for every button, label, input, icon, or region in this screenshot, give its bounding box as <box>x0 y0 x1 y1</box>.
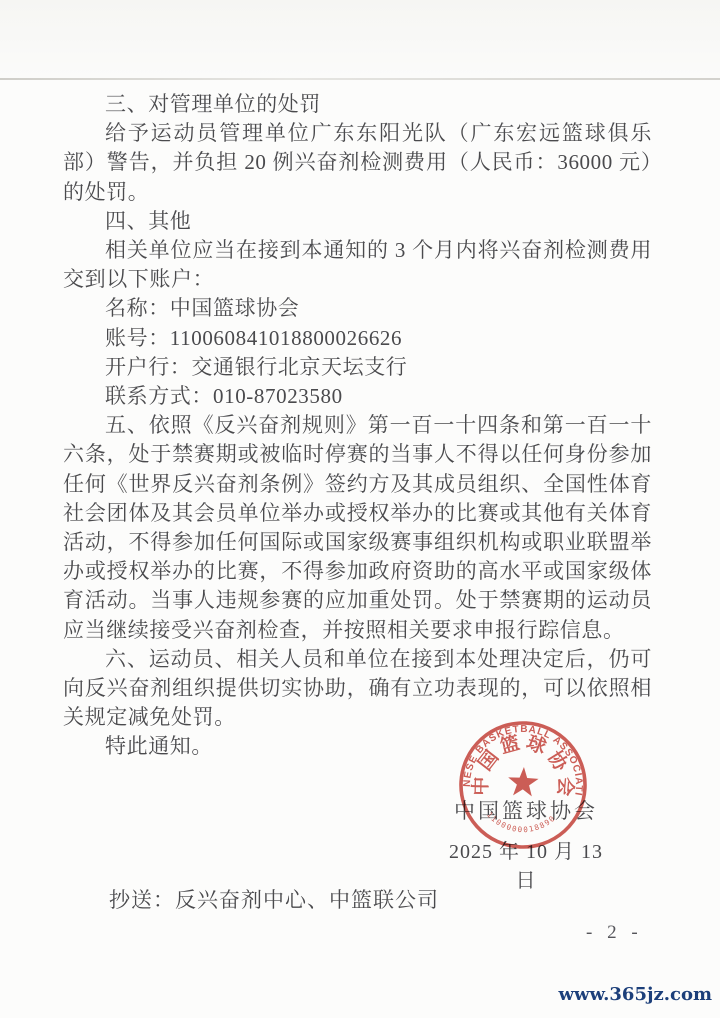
paragraph-contact-phone: 联系方式：010-87023580 <box>63 382 652 411</box>
paragraph-account-name: 名称：中国篮球协会 <box>63 294 652 323</box>
paragraph: 给予运动员管理单位广东东阳光队（广东宏远篮球俱乐部）警告，并负担 20 例兴奋剂… <box>63 119 652 207</box>
scanned-document-page: 三、对管理单位的处罚 给予运动员管理单位广东东阳光队（广东宏远篮球俱乐部）警告，… <box>0 0 720 1018</box>
document-body: 三、对管理单位的处罚 给予运动员管理单位广东东阳光队（广东宏远篮球俱乐部）警告，… <box>63 90 652 762</box>
paragraph-section-5: 五、依照《反兴奋剂规则》第一百一十四条和第一百一十六条，处于禁赛期或被临时停赛的… <box>63 411 652 645</box>
scan-artifact-line <box>0 78 720 80</box>
page-number: - 2 - <box>586 922 643 944</box>
stamp-serial-number: 1100000018890 <box>484 810 558 836</box>
paragraph: 相关单位应当在接到本通知的 3 个月内将兴奋剂检测费用交到以下账户： <box>63 236 652 294</box>
paragraph-section-4-heading: 四、其他 <box>63 207 652 236</box>
official-seal-stamp: CHINESE BASKETBALL ASSOCIATION 中国篮球协会 11… <box>437 699 609 871</box>
scan-artifact-shade <box>0 0 720 78</box>
paragraph-section-3-heading: 三、对管理单位的处罚 <box>63 90 652 119</box>
paragraph-account-number: 账号：110060841018800026626 <box>63 324 652 353</box>
site-watermark: www.365jz.com <box>558 984 712 1005</box>
star-icon <box>507 766 539 796</box>
paragraph-bank-branch: 开户行：交通银行北京天坛支行 <box>63 353 652 382</box>
cc-line: 抄送：反兴奋剂中心、中篮联公司 <box>109 884 439 914</box>
